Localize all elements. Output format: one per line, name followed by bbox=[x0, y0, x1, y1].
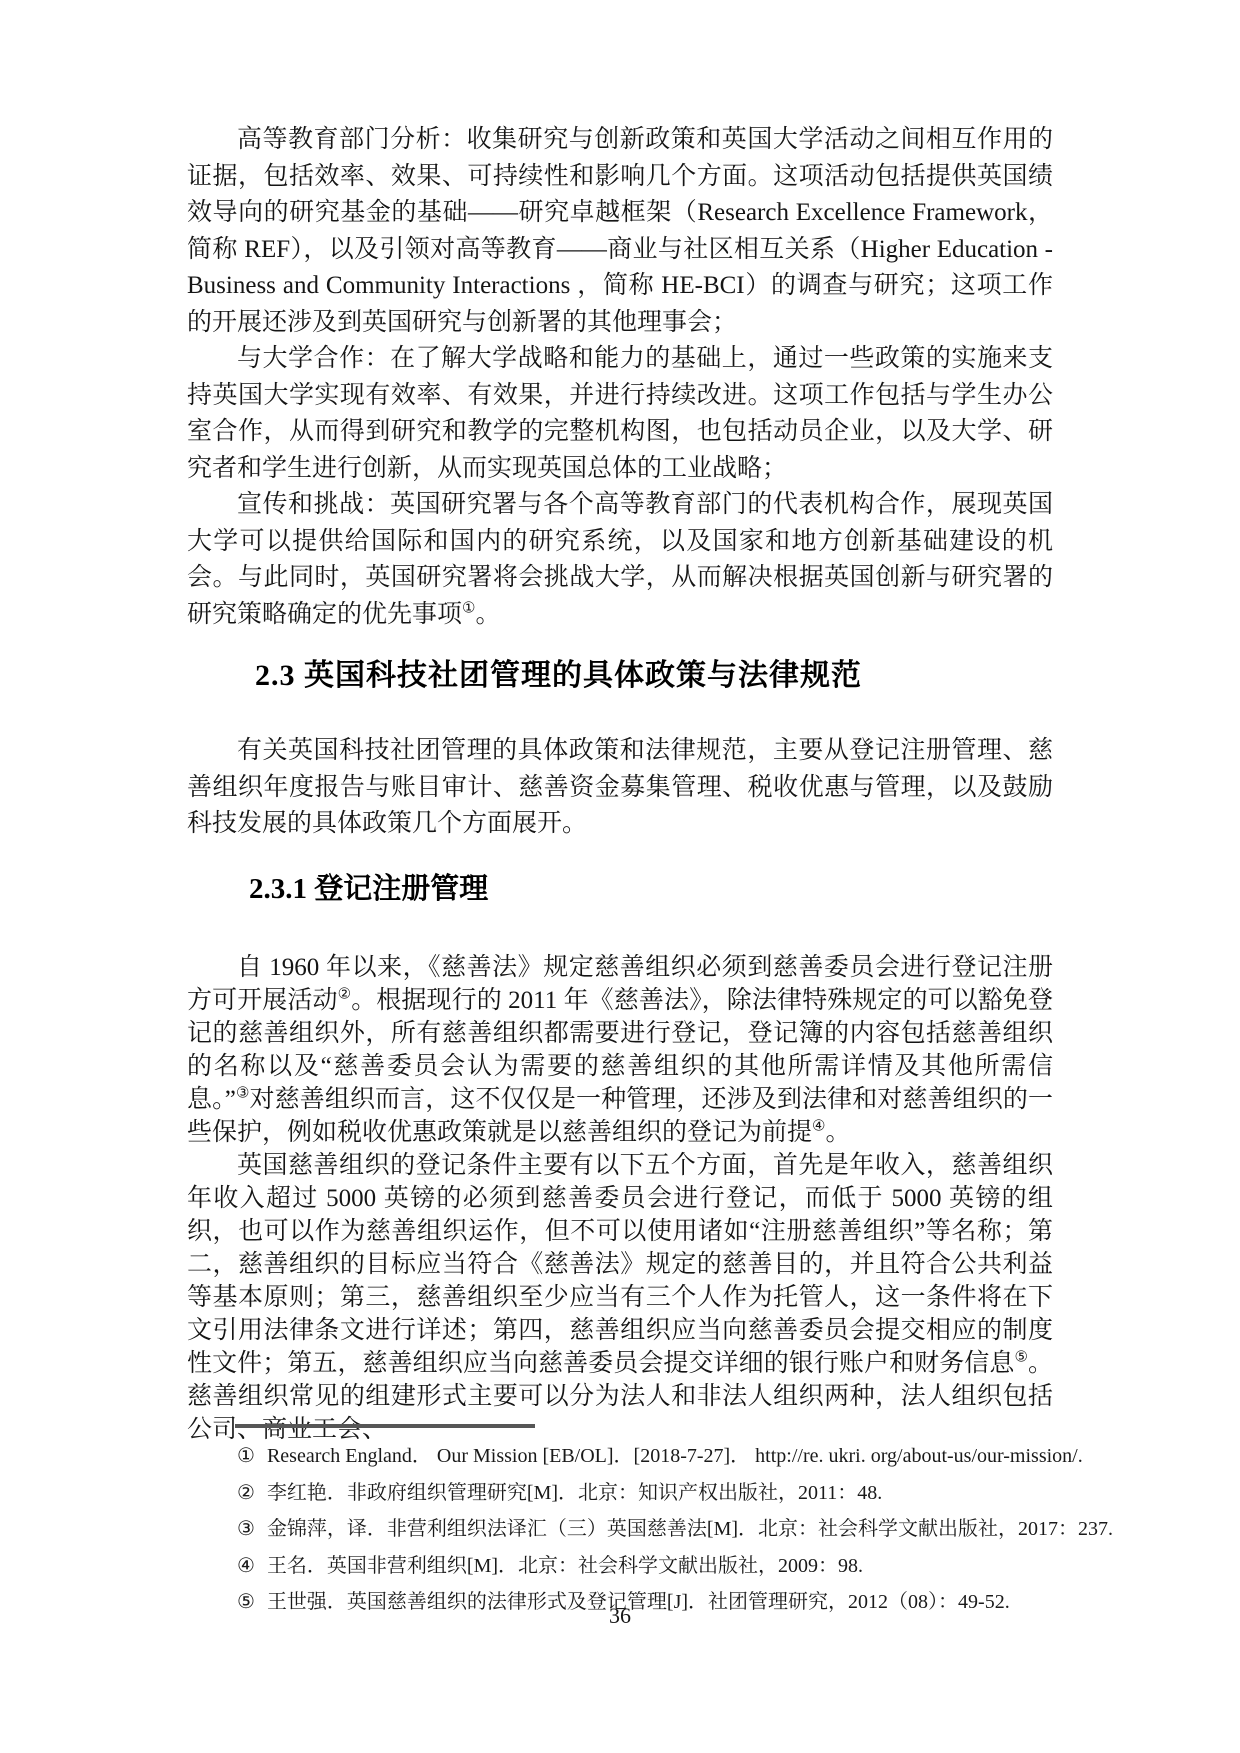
section-heading-2-3: 2.3 英国科技社团管理的具体政策与法律规范 bbox=[255, 655, 1053, 697]
text-run: 。 bbox=[475, 601, 500, 628]
footnote-item: ③金锦萍，译．非营利组织法译汇（三）英国慈善法[M]．北京：社会科学文献出版社，… bbox=[187, 1511, 1067, 1548]
paragraph-university-collaboration: 与大学合作：在了解大学战略和能力的基础上，通过一些政策的实施来支持英国大学实现有… bbox=[187, 341, 1053, 487]
footnote-text: 李红艳．非政府组织管理研究[M]．北京：知识产权出版社，2011：48. bbox=[267, 1482, 882, 1504]
page-body: 高等教育部门分析：收集研究与创新政策和英国大学活动之间相互作用的证据，包括效率、… bbox=[187, 122, 1053, 1446]
footnote-ref-4: ④ bbox=[812, 1118, 825, 1134]
footnote-text: Research England． Our Mission [EB/OL]．[2… bbox=[267, 1445, 1083, 1467]
text-run: 英国慈善组织的登记条件主要有以下五个方面，首先是年收入，慈善组织年收入超过 50… bbox=[187, 1152, 1053, 1377]
footnote-ref-5: ⑤ bbox=[1014, 1349, 1028, 1365]
paragraph-registration-conditions: 英国慈善组织的登记条件主要有以下五个方面，首先是年收入，慈善组织年收入超过 50… bbox=[187, 1149, 1053, 1446]
footnote-marker: ④ bbox=[237, 1555, 255, 1577]
footnote-item: ①Research England． Our Mission [EB/OL]．[… bbox=[187, 1438, 1067, 1475]
footnote-separator bbox=[235, 1424, 535, 1428]
footnote-text: 金锦萍，译．非营利组织法译汇（三）英国慈善法[M]．北京：社会科学文献出版社，2… bbox=[267, 1518, 1113, 1540]
footnote-text: 王名．英国非营利组织[M]．北京：社会科学文献出版社，2009：98. bbox=[267, 1555, 863, 1577]
text-run: 。 bbox=[825, 1119, 850, 1146]
footnote-marker: ③ bbox=[237, 1518, 255, 1540]
footnote-ref-1: ① bbox=[462, 600, 475, 616]
paragraph-registration-law: 自 1960 年以来，《慈善法》规定慈善组织必须到慈善委员会进行登记注册方可开展… bbox=[187, 951, 1053, 1149]
text-run: 宣传和挑战：英国研究署与各个高等教育部门的代表机构合作，展现英国大学可以提供给国… bbox=[187, 491, 1053, 628]
footnote-ref-3: ③ bbox=[236, 1085, 250, 1101]
document-page: 高等教育部门分析：收集研究与创新政策和英国大学活动之间相互作用的证据，包括效率、… bbox=[0, 0, 1240, 1753]
footnotes-section: ①Research England． Our Mission [EB/OL]．[… bbox=[187, 1424, 1067, 1621]
footnote-marker: ① bbox=[237, 1445, 255, 1467]
paragraph-section-overview: 有关英国科技社团管理的具体政策和法律规范，主要从登记注册管理、慈善组织年度报告与… bbox=[187, 733, 1053, 843]
footnote-ref-2: ② bbox=[338, 986, 352, 1002]
section-heading-2-3-1: 2.3.1 登记注册管理 bbox=[249, 869, 1053, 909]
page-number: 36 bbox=[0, 1603, 1240, 1629]
paragraph-higher-education-analysis: 高等教育部门分析：收集研究与创新政策和英国大学活动之间相互作用的证据，包括效率、… bbox=[187, 122, 1053, 341]
paragraph-promotion-and-challenge: 宣传和挑战：英国研究署与各个高等教育部门的代表机构合作，展现英国大学可以提供给国… bbox=[187, 487, 1053, 633]
footnote-item: ④王名．英国非营利组织[M]．北京：社会科学文献出版社，2009：98. bbox=[187, 1548, 1067, 1585]
text-run: 对慈善组织而言，这不仅仅是一种管理，还涉及到法律和对慈善组织的一些保护，例如税收… bbox=[187, 1086, 1053, 1146]
footnote-item: ②李红艳．非政府组织管理研究[M]．北京：知识产权出版社，2011：48. bbox=[187, 1475, 1067, 1512]
footnote-marker: ② bbox=[237, 1482, 255, 1504]
